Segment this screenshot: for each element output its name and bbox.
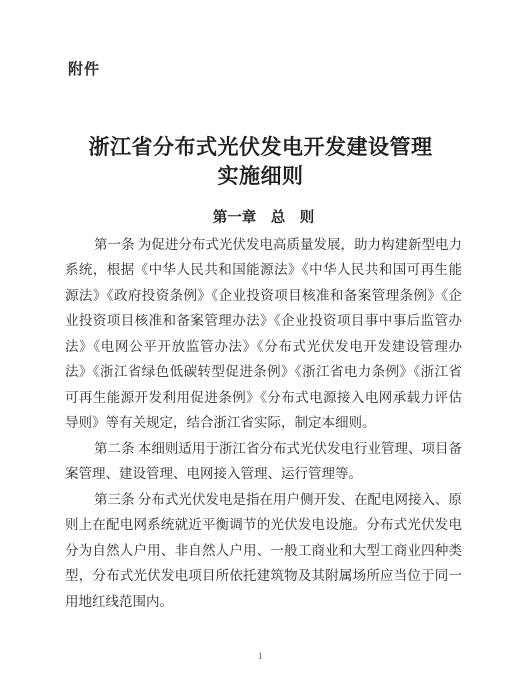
document-body: 第一章 总 则 第一条 为促进分布式光伏发电高质量发展，助力构建新型电力系统，根… xyxy=(65,206,462,614)
document-title-line-2: 实施细则 xyxy=(0,162,521,191)
paragraph-article-1: 第一条 为促进分布式光伏发电高质量发展，助力构建新型电力系统，根据《中华人民共和… xyxy=(65,232,462,436)
paragraph-article-3: 第三条 分布式光伏发电是指在用户侧开发、在配电网接入、原则上在配电网系统就近平衡… xyxy=(65,487,462,615)
page-number: 1 xyxy=(0,651,521,661)
attachment-label: 附件 xyxy=(68,58,100,79)
document-page: 附件 浙江省分布式光伏发电开发建设管理 实施细则 第一章 总 则 第一条 为促进… xyxy=(0,0,521,684)
document-title: 浙江省分布式光伏发电开发建设管理 实施细则 xyxy=(0,133,521,191)
chapter-heading: 第一章 总 则 xyxy=(65,206,462,232)
document-title-line-1: 浙江省分布式光伏发电开发建设管理 xyxy=(0,133,521,162)
paragraph-article-2: 第二条 本细则适用于浙江省分布式光伏发电行业管理、项目备案管理、建设管理、电网接… xyxy=(65,436,462,487)
